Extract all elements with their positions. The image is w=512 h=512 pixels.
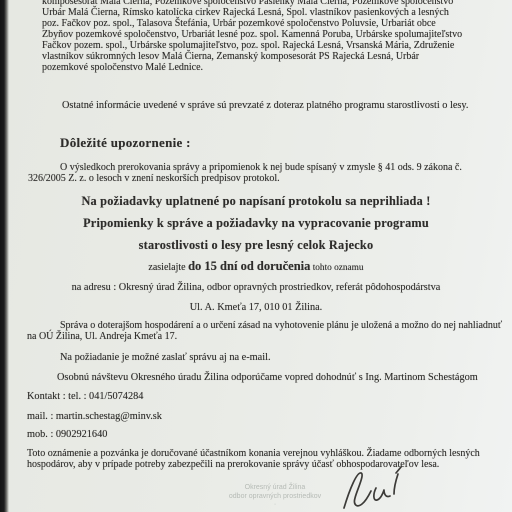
paragraph-line: Správa o doterajšom hospodárení a o urče… [27, 320, 487, 331]
paragraph-line: Toto oznámenie a pozvánka je doručované … [27, 448, 487, 459]
important-notice-heading: Dôležité upozornenie : [60, 135, 191, 151]
paragraph-line: Urbár Malá Čierna, Rímsko katolícka cirk… [42, 7, 488, 18]
paragraph-line: poz. Fačkov poz. spol., Talasova Štefáni… [42, 18, 488, 29]
visit-appointment-note: Osobnú návštevu Okresného úradu Žilina o… [57, 372, 478, 383]
signature-icon [330, 464, 440, 512]
other-information-note: Ostatné informácie uvedené v správe sú p… [62, 100, 469, 111]
paragraph-line: komposesorát Malá Čierna, Pozemkové spol… [42, 0, 488, 7]
report-availability-paragraph: Správa o doterajšom hospodárení a o urče… [27, 320, 487, 342]
scan-edge-artifact [0, 0, 9, 512]
paragraph-line: Zbyňov pozemkové spoločenstvo, Urbariát … [42, 29, 488, 40]
contact-mobile: mob. : 0902921640 [27, 429, 107, 440]
addressee-list-paragraph: komposesorát Malá Čierna, Pozemkové spol… [42, 0, 488, 73]
no-consideration-statement: Na požiadavky uplatnené po napísaní prot… [0, 194, 512, 209]
comments-request-statement-line2: starostlivosti o lesy pre lesný celok Ra… [0, 238, 512, 253]
paragraph-line: vlastníkov súkromných lesov Malá Čierna,… [42, 51, 488, 62]
protocol-paragraph: O výsledkoch prerokovania správy a pripo… [28, 162, 484, 184]
contact-phone: Kontakt : tel. : 041/5074284 [27, 391, 143, 402]
paragraph-line: Fačkov pozem. spol., Urbárske spolumajit… [42, 40, 488, 51]
paragraph-line: 326/2005 Z. z. o lesoch v znení neskorší… [28, 173, 484, 184]
address-line-street: Ul. A. Kmeťa 17, 010 01 Žilina. [0, 302, 512, 313]
deadline-line: zasielajte do 15 dní od doručenia tohto … [0, 259, 512, 274]
comments-request-statement-line1: Pripomienky k správe a požiadavky na vyp… [0, 216, 512, 231]
handwritten-signature [330, 464, 440, 512]
paragraph-line: pozemkové spoločenstvo Malé Lednice. [42, 62, 488, 73]
email-request-note: Na požiadanie je možné zaslať správu aj … [60, 352, 271, 363]
deadline-suffix: tohto oznamu [310, 263, 363, 273]
contact-email: mail. : martin.schestag@minv.sk [27, 411, 162, 422]
address-line-office: na adresu : Okresný úrad Žilina, odbor o… [0, 282, 512, 293]
scanned-document-page: { "doc": { "top_paragraph": { "lines": [… [0, 0, 512, 512]
paragraph-line: O výsledkoch prerokovania správy a pripo… [28, 162, 484, 173]
paragraph-line: na OÚ Žilina, Ul. Andreja Kmeťa 17. [27, 331, 487, 342]
deadline-emphasis: do 15 dní od doručenia [188, 259, 310, 273]
deadline-prefix: zasielajte [148, 262, 188, 273]
